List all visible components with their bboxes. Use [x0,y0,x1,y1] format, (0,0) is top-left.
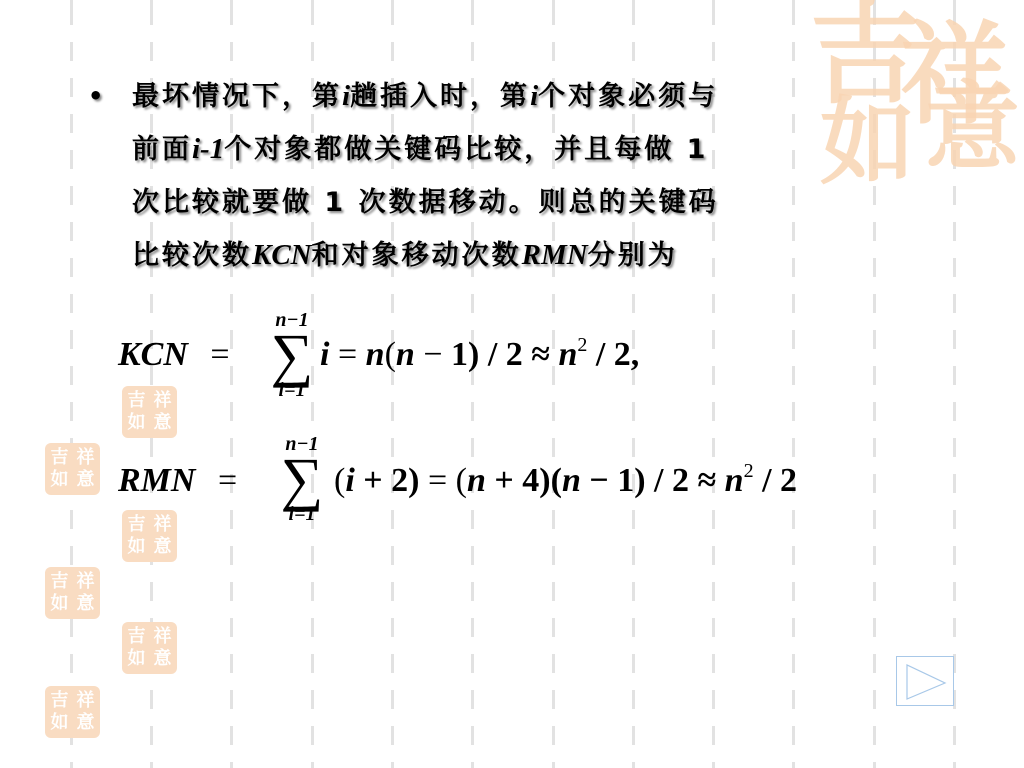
seal-stamp-icon: 吉祥如意 [122,510,177,562]
bullet-icon: • [88,70,106,123]
sigma-symbol: ∑ [262,330,322,380]
seal-stamp-icon: 吉祥如意 [122,386,177,438]
seal-stamp-icon: 吉祥如意 [122,622,177,674]
watermark-char: 意 [925,80,1020,175]
formula-lhs: KCN = [118,336,230,374]
bullet-line: 次比较就要做 1 次数据移动。则总的关键码 [132,176,928,229]
bullet-paragraph: • 最坏情况下，第i趟插入时，第i个对象必须与前面i-1个对象都做关键码比较，并… [88,70,928,282]
formula-rhs: i = n(n − 1) / 2 ≈ n2 / 2, [320,336,639,374]
bullet-text: 最坏情况下，第i趟插入时，第i个对象必须与前面i-1个对象都做关键码比较，并且每… [132,70,928,282]
next-slide-button[interactable] [896,656,954,706]
formula-lhs: RMN = [118,462,237,500]
grid-line [70,0,73,768]
seal-stamp-icon: 吉祥如意 [45,686,100,738]
sigma-symbol: ∑ [272,454,332,504]
bullet-line: 前面i-1个对象都做关键码比较，并且每做 1 [132,123,928,176]
seal-stamp-icon: 吉祥如意 [45,443,100,495]
seal-stamp-icon: 吉祥如意 [45,567,100,619]
bullet-line: 比较次数KCN和对象移动次数RMN分别为 [132,229,928,282]
bullet-line: 最坏情况下，第i趟插入时，第i个对象必须与 [132,70,928,123]
formula-rhs: (i + 2) = (n + 4)(n − 1) / 2 ≈ n2 / 2 [334,462,797,500]
play-triangle-icon [897,657,953,705]
summation: n−1 ∑ i=1 [272,434,332,524]
summation: n−1 ∑ i=1 [262,310,322,400]
